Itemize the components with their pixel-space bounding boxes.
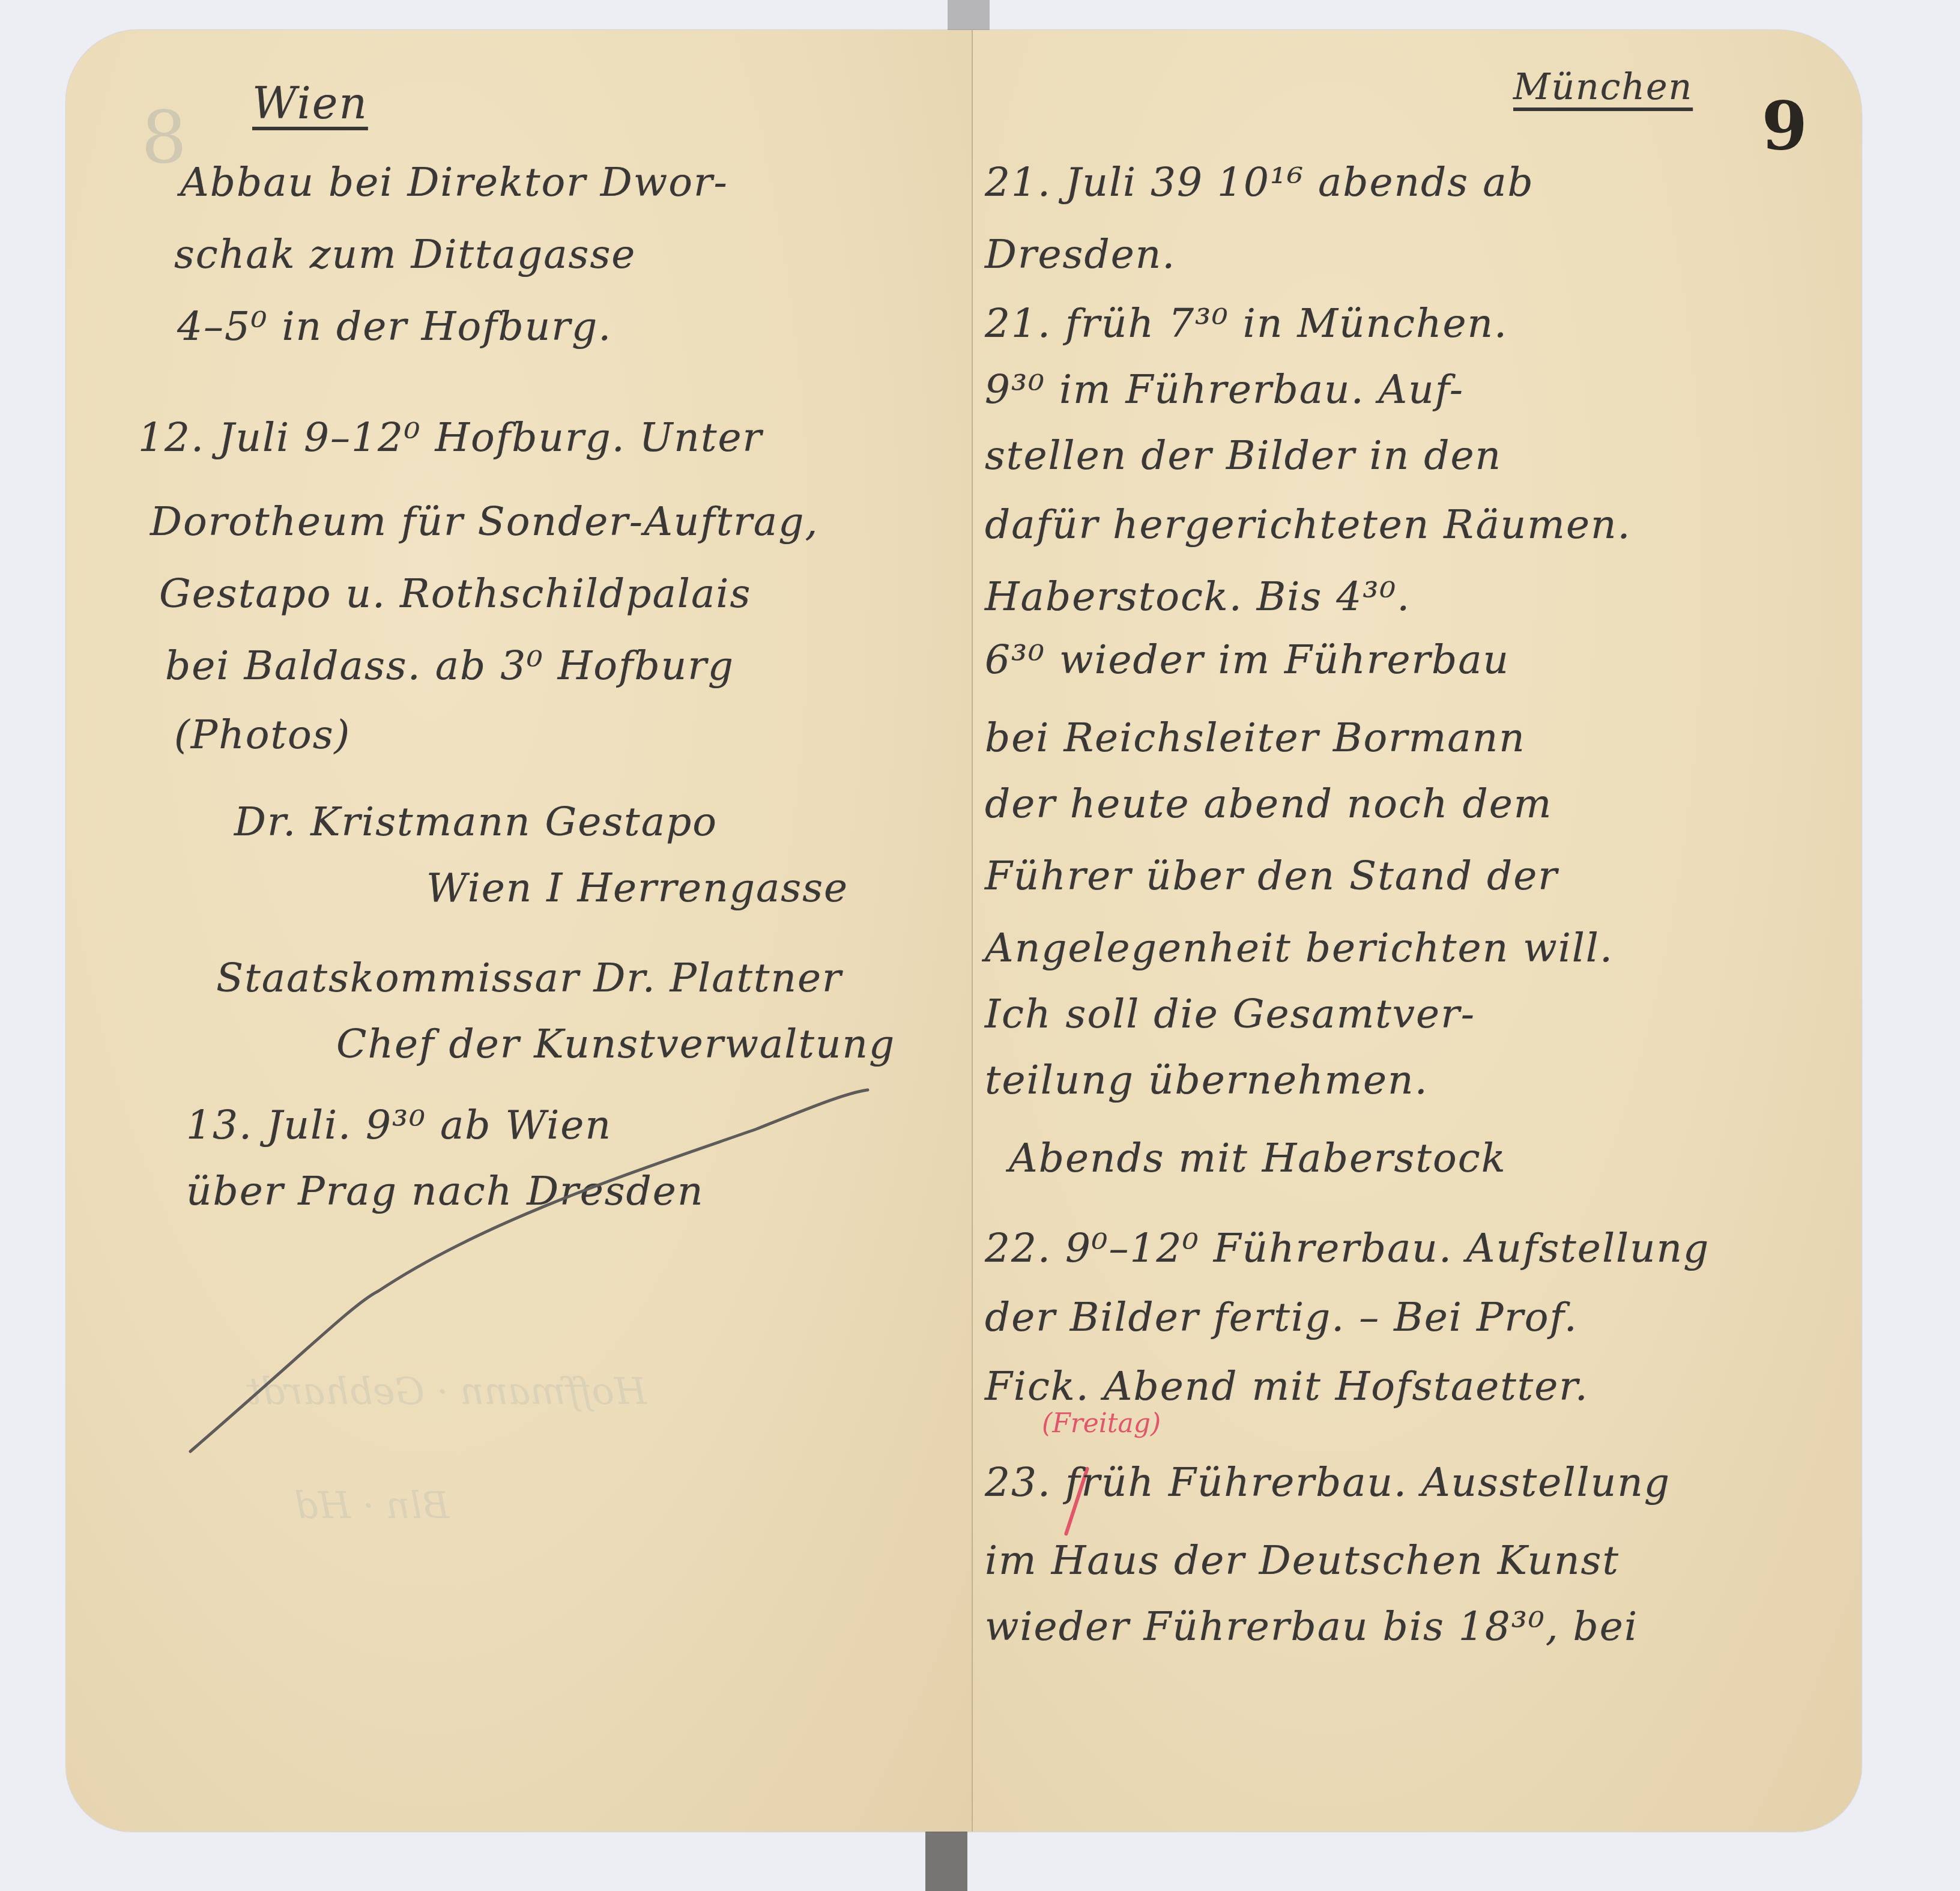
right-page: 9 München 21. Juli 39 10¹⁶ abends ab Dre…: [973, 30, 1862, 1832]
handwritten-line: der Bilder fertig. – Bei Prof.: [985, 1294, 1578, 1340]
page-number-right: 9: [1761, 87, 1807, 165]
handwritten-line: 23. früh Führerbau. Ausstellung: [985, 1459, 1671, 1505]
handwritten-line: Ich soll die Gesamtver-: [985, 991, 1475, 1037]
left-page: 8 Hoffmann · Gebhardt Bln · Hd Wien Abba…: [66, 30, 973, 1832]
handwritten-line: im Haus der Deutschen Kunst: [985, 1537, 1620, 1584]
handwritten-line: Fick. Abend mit Hofstaetter.: [985, 1363, 1589, 1409]
handwritten-line: bei Reichsleiter Bormann: [985, 715, 1526, 761]
handwritten-line: 6³⁰ wieder im Führerbau: [985, 637, 1510, 683]
handwritten-line: teilung übernehmen.: [985, 1057, 1429, 1103]
handwritten-line: Dresden.: [985, 231, 1176, 277]
binding-strip-bottom: [925, 1830, 967, 1891]
handwritten-line: stellen der Bilder in den: [985, 432, 1502, 479]
handwritten-line: 9³⁰ im Führerbau. Auf-: [985, 366, 1464, 413]
red-pencil-annotation: (Freitag): [1042, 1408, 1161, 1439]
handwritten-line: wieder Führerbau bis 18³⁰, bei: [985, 1603, 1638, 1650]
handwritten-line: 21. früh 7³⁰ in München.: [985, 300, 1508, 346]
handwritten-line: der heute abend noch dem: [985, 781, 1552, 827]
diagonal-cancel-line: [66, 30, 973, 1832]
handwritten-line: dafür hergerichteten Räumen.: [985, 501, 1631, 548]
right-page-heading: München: [1513, 66, 1693, 108]
binding-strip-top: [948, 0, 990, 31]
notebook-spread: 8 Hoffmann · Gebhardt Bln · Hd Wien Abba…: [66, 30, 1862, 1832]
handwritten-line: Abends mit Haberstock: [1009, 1135, 1507, 1181]
handwritten-line: 21. Juli 39 10¹⁶ abends ab: [985, 159, 1534, 205]
handwritten-line: 22. 9⁰–12⁰ Führerbau. Aufstellung: [985, 1225, 1710, 1271]
handwritten-line: Haberstock. Bis 4³⁰.: [985, 573, 1411, 620]
handwritten-line: Führer über den Stand der: [985, 853, 1558, 899]
handwritten-line: Angelegenheit berichten will.: [985, 925, 1614, 971]
